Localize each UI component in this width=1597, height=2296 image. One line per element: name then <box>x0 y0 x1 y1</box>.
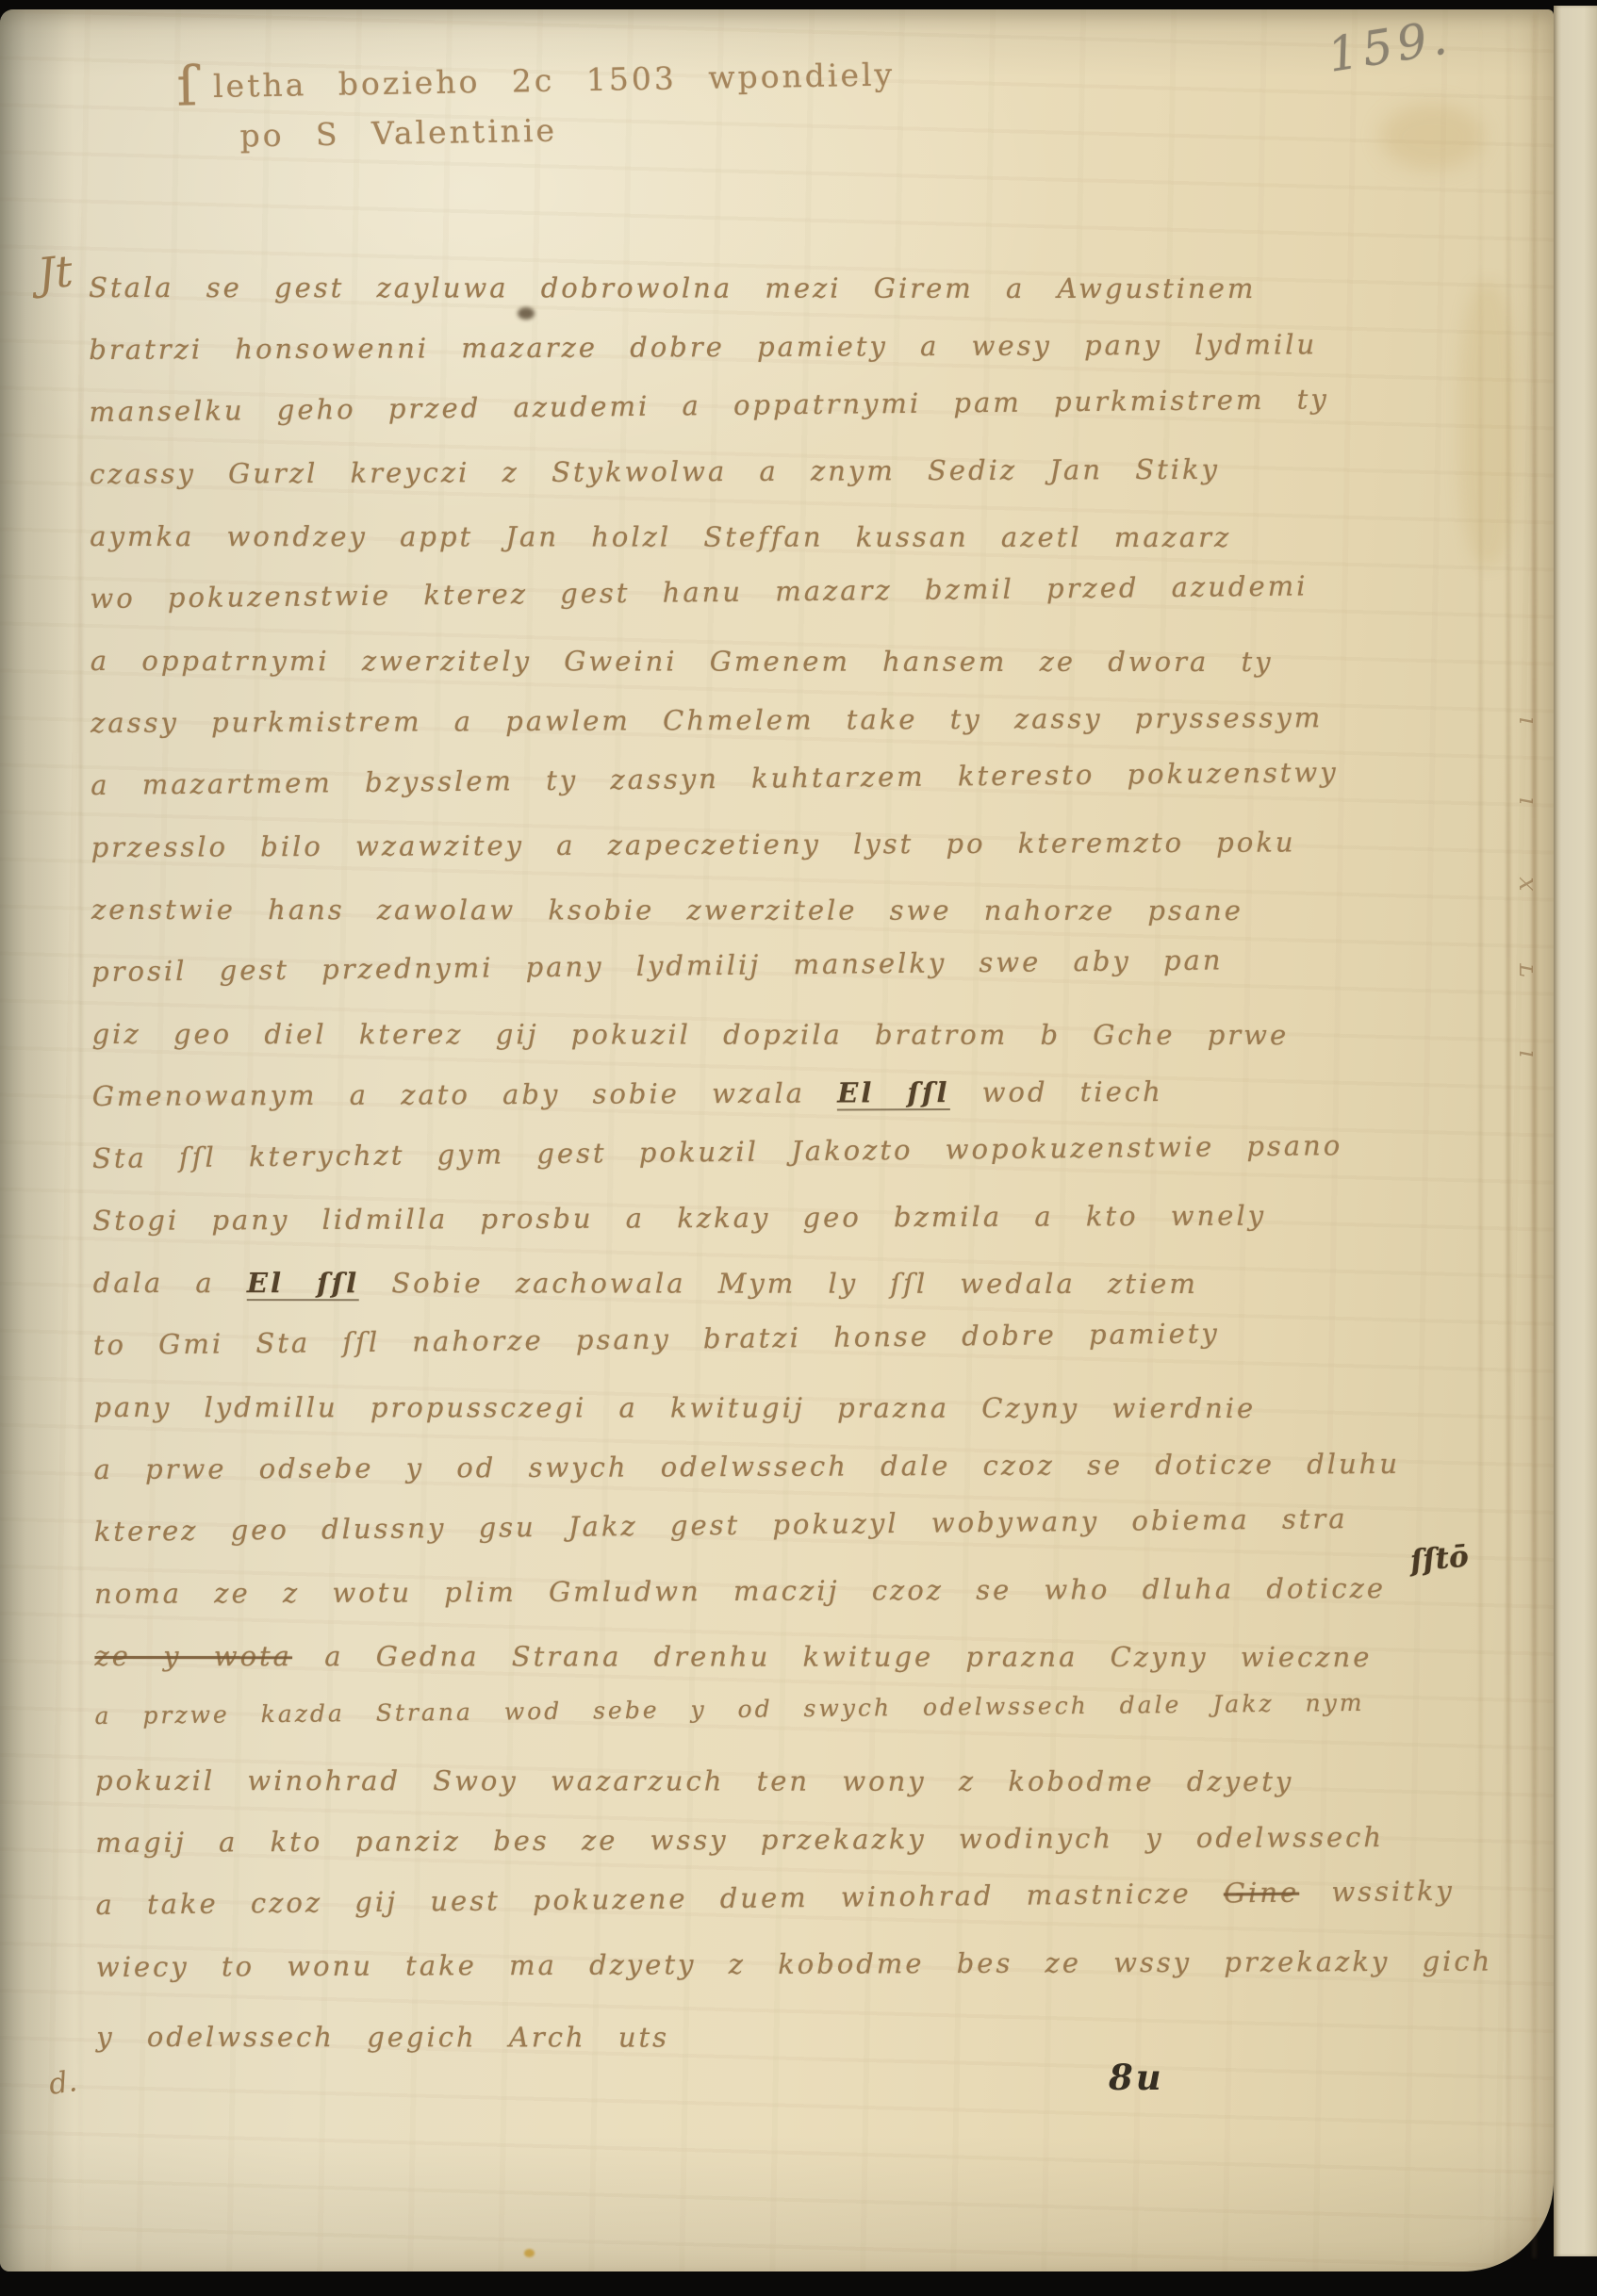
overwrite-mark: ſſtō <box>1409 1539 1471 1578</box>
margin-bleedthrough-text: ı ı x ʟ ı <box>1513 716 1542 1112</box>
manuscript-line: noma ze z wotu plim Gmludwn maczij czoz … <box>94 1572 1490 1640</box>
margin-item-mark: Jt <box>35 245 74 300</box>
manuscript-line: pany lydmillu propussczegi a kwitugij pr… <box>93 1391 1489 1454</box>
line-text: pokuzil winohrad Swoy wazarzuch ten wony… <box>95 1764 1293 1797</box>
underlying-page-edge <box>1554 6 1597 2256</box>
line-text: aymka wondzey appt Jan holzl Steffan kus… <box>90 520 1231 553</box>
line-text: Stogi pany lidmilla prosbu a kzkay geo b… <box>92 1200 1266 1237</box>
line-text: Gmenowanym a zato aby sobie wzala <box>92 1077 805 1112</box>
struck-text: Gine <box>1224 1877 1300 1910</box>
line-text: wiecy to wonu take ma dzyety z kobodme b… <box>96 1945 1493 1983</box>
manuscript-line: wiecy to wonu take ma dzyety z kobodme b… <box>96 1945 1491 2013</box>
manuscript-line: czassy Gurzl kreyczi z Stykwolwa a znym … <box>90 452 1485 520</box>
manuscript-line: Stogi pany lidmilla prosbu a kzkay geo b… <box>92 1199 1488 1267</box>
line-text: noma ze z wotu plim Gmludwn maczij czoz … <box>94 1572 1386 1610</box>
manuscript-line: kterez geo dlussny gsu Jakz gest pokuzyl… <box>94 1501 1490 1577</box>
line-text: Stala se gest zayluwa dobrowolna mezi Gi… <box>89 271 1256 304</box>
scan-background: { "page": { "folio_number": "159.", "ite… <box>0 0 1597 2296</box>
manuscript-line: a oppatrnymi zwerzitely Gweini Gmenem ha… <box>91 645 1486 708</box>
manuscript-line: a take czoz gij uest pokuzene duem winoh… <box>95 1874 1491 1950</box>
manuscript-line: Sta ſſl kterychzt gym gest pokuzil Jakoz… <box>92 1127 1489 1204</box>
line-text: przesslo bilo wzawzitey a zapeczetieny l… <box>91 826 1296 863</box>
paper-stain <box>524 2249 535 2257</box>
heading-block: ſletha bozieho 2c 1503 wpondiely po S Va… <box>176 56 896 155</box>
line-text: Sobie zachowala Mym ly ſſl wedala ztiem <box>391 1267 1198 1300</box>
scribe-initial-mark: d. <box>47 2064 79 2102</box>
paper-stain <box>1380 104 1484 170</box>
line-text: a Gedna Strana drenhu kwituge prazna Czy… <box>324 1640 1372 1673</box>
manuscript-line: to Gmi Sta ſſl nahorze psany bratzi hons… <box>93 1314 1490 1390</box>
line-text: zenstwie hans zawolaw ksobie zwerzitele … <box>91 894 1243 927</box>
line-text: czassy Gurzl kreyczi z Stykwolwa a znym … <box>90 453 1220 490</box>
line-text: pany lydmillu propussczegi a kwitugij pr… <box>93 1391 1256 1424</box>
manuscript-line: Stala se gest zayluwa dobrowolna mezi Gi… <box>89 271 1484 335</box>
manuscript-body: Stala se gest zayluwa dobrowolna mezi Gi… <box>89 266 1491 2083</box>
manuscript-line: pokuzil winohrad Swoy wazarzuch ten wony… <box>95 1764 1490 1828</box>
bottom-ledger-mark: 8u <box>1109 2057 1164 2098</box>
line-text: wssitky <box>1331 1875 1455 1908</box>
line-text: dala a <box>93 1267 215 1299</box>
line-highlighted-sum: El ſſl <box>837 1076 949 1111</box>
manuscript-line: a mazartmem bzysslem ty zassyn kuhtarzem… <box>91 754 1487 830</box>
manuscript-line: y odelwssech gegich Arch uts <box>96 2021 1491 2084</box>
manuscript-line: manselku geho przed azudemi a oppatrnymi… <box>89 382 1485 458</box>
line-text: giz geo diel kterez gij pokuzil dopzila … <box>92 1018 1290 1051</box>
struck-text: ze y wota <box>94 1640 292 1672</box>
manuscript-line: prosil gest przednymi pany lydmilij mans… <box>91 941 1488 1017</box>
line-text: y odelwssech gegich Arch uts <box>96 2021 669 2054</box>
heading-flourish: ſ <box>176 54 201 118</box>
manuscript-line: przesslo bilo wzawzitey a zapeczetieny l… <box>91 826 1487 894</box>
line-text: a oppatrnymi zwerzitely Gweini Gmenem ha… <box>91 645 1274 678</box>
line-highlighted-sum: El ſſl <box>247 1267 359 1301</box>
manuscript-line: wo pokuzenstwie kterez gest hanu mazarz … <box>90 568 1486 645</box>
manuscript-line: giz geo diel kterez gij pokuzil dopzila … <box>92 1018 1488 1081</box>
manuscript-line: a przwe kazda Strana wod sebe y od swych… <box>94 1687 1490 1763</box>
